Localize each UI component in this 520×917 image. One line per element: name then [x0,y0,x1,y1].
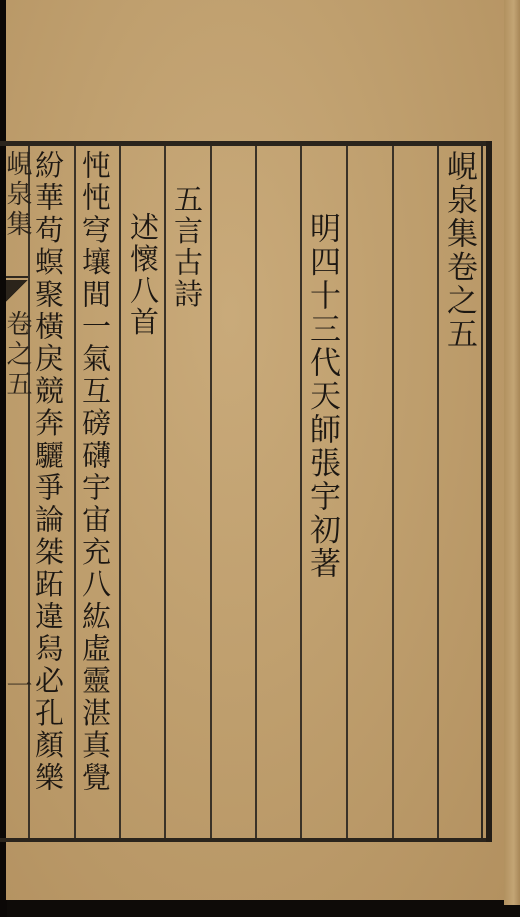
column-rule [346,146,348,838]
banxin-volume: 卷之五 [4,310,30,400]
author-line: 明四十三代天師張宇初著 [306,212,337,581]
column-rule [300,146,302,838]
frame-right-inner-border [481,146,483,838]
fishtail-mark [6,280,28,302]
column-rule [164,146,166,838]
banxin-book-title: 峴泉集 [4,150,30,240]
frame-right-border [486,141,492,842]
poem-title: 述懷八首 [128,212,157,338]
column-rule [255,146,257,838]
column-rule [119,146,121,838]
column-rule [74,146,76,838]
fishtail-rule [6,276,28,278]
verse-line: 忳忳穹壤間一氣互磅礴宇宙充八紘虛靈湛真覺 [80,150,109,794]
adjacent-leaf-edge [504,0,520,905]
column-rule [210,146,212,838]
verse-line: 紛華苟螟聚橫戾競奔驪爭論桀跖違舄必孔顏樂 [33,150,62,794]
frame-bottom-border [0,838,492,842]
volume-title: 峴泉集卷之五 [443,150,474,351]
banxin-page-number: 一 [4,672,30,702]
column-rule [437,146,439,838]
column-rule [28,146,30,838]
column-rule [392,146,394,838]
genre-heading: 五言古詩 [172,184,201,310]
